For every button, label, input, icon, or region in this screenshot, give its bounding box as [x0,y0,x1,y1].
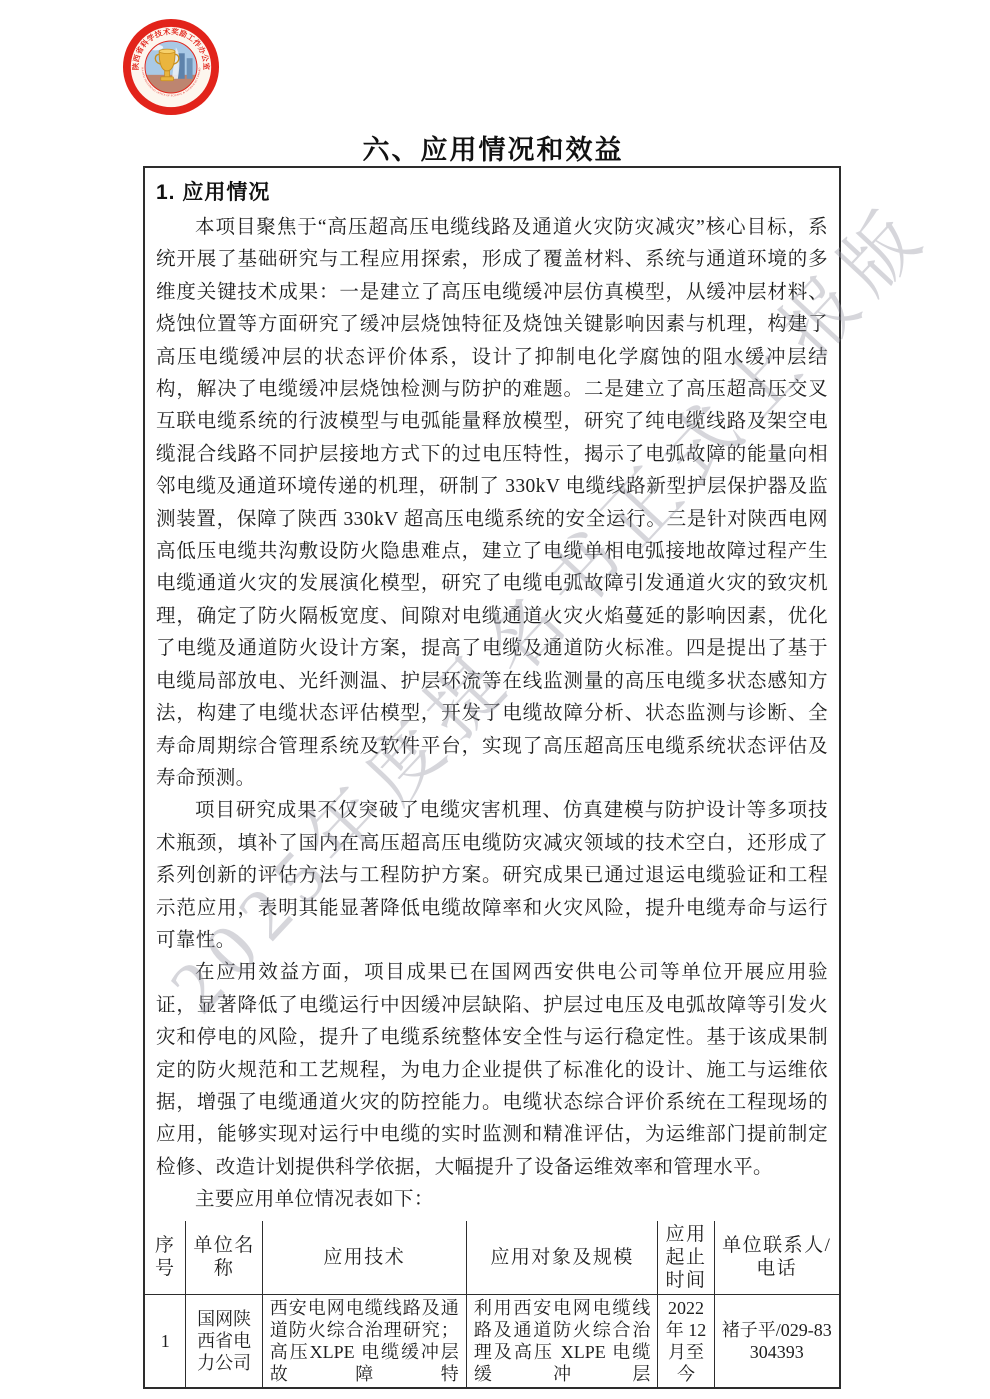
col-header-applied-technology: 应用技术 [262,1221,466,1295]
col-header-unit-name: 单位名称 [186,1221,262,1295]
cell-serial: 1 [145,1294,186,1387]
content-box: 1. 应用情况 本项目聚焦于“高压超高压电缆线路及通道火灾防灾减灾”核心目标，系… [143,166,841,1389]
col-header-period: 应用起止时间 [658,1221,714,1295]
table-header-row: 序号 单位名称 应用技术 应用对象及规模 应用起止时间 单位联系人/电话 [145,1221,839,1295]
cell-contact: 褚子平/029-83304393 [714,1294,839,1387]
application-units-table: 序号 单位名称 应用技术 应用对象及规模 应用起止时间 单位联系人/电话 1 国… [145,1221,839,1387]
paragraph-achievements: 项目研究成果不仅突破了电缆灾害机理、仿真建模与防护设计等多项技术瓶颈，填补了国内… [156,795,828,957]
page-title: 六、应用情况和效益 [143,128,843,167]
col-header-contact: 单位联系人/电话 [714,1221,839,1295]
award-office-seal: 陕西省科学技术奖励工作办公室 SHAANXI PROVINCIAL OFFICE… [122,18,220,116]
table-row: 1 国网陕西省电力公司 西安电网电缆线路及通道防火综合治理研究；高压XLPE 电… [145,1294,839,1387]
cell-period: 2022 年 12 月至今 [658,1294,714,1387]
col-header-application-scope: 应用对象及规模 [466,1221,658,1295]
cell-application-scope: 利用西安电网电缆线路及通道防火综合治理及高压 XLPE 电缆缓冲层 [466,1294,658,1387]
section-heading: 1. 应用情况 [156,176,828,206]
paragraph-table-intro: 主要应用单位情况表如下： [156,1184,828,1216]
document-page: { "page": { "title": "六、应用情况和效益", "water… [0,0,990,1399]
paragraph-benefits: 在应用效益方面，项目成果已在国网西安供电公司等单位开展应用验证，显著降低了电缆运… [156,957,828,1184]
cell-unit-name: 国网陕西省电力公司 [186,1294,262,1387]
col-header-serial: 序号 [145,1221,186,1295]
cell-applied-technology: 西安电网电缆线路及通道防火综合治理研究；高压XLPE 电缆缓冲层故障特 [262,1294,466,1387]
paragraph-overview: 本项目聚焦于“高压超高压电缆线路及通道火灾防灾减灾”核心目标，系统开展了基础研究… [156,212,828,795]
application-section: 1. 应用情况 本项目聚焦于“高压超高压电缆线路及通道火灾防灾减灾”核心目标，系… [145,168,839,1219]
